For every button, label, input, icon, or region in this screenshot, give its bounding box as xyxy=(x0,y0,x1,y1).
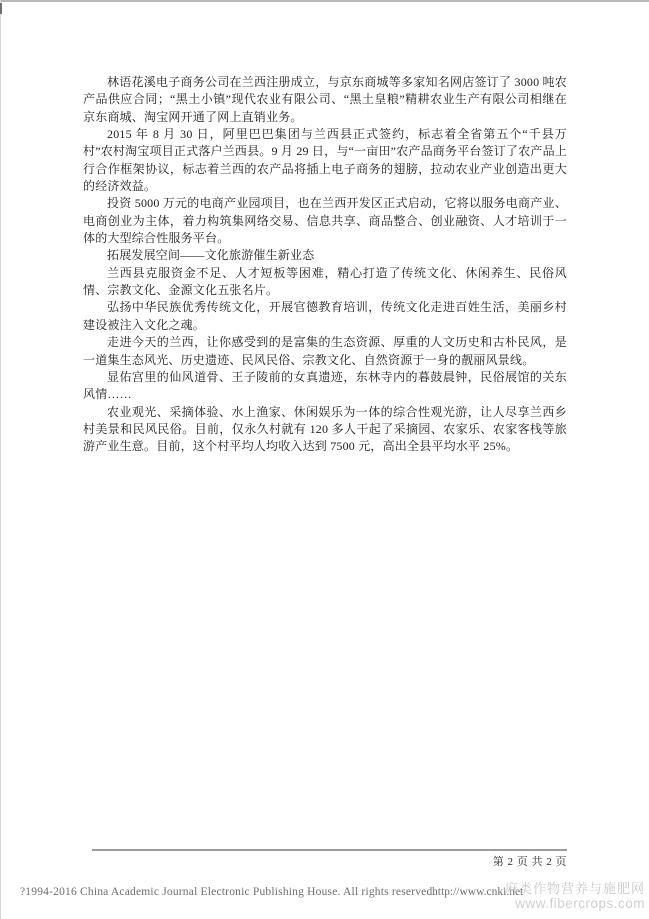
footer-divider xyxy=(92,849,567,851)
copyright-line: ?1994-2016 China Academic Journal Electr… xyxy=(20,886,436,898)
scan-left-edge xyxy=(0,0,1,919)
section-heading: 拓展发展空间——文化旅游催生新业态 xyxy=(83,247,567,264)
paragraph: 兰西县克服资金不足、人才短板等困难，精心打造了传统文化、休闲养生、民俗风情、宗教… xyxy=(83,265,567,300)
paragraph: 显佑宫里的仙风道骨、王子陵前的女真遗迹，东林寺内的暮鼓晨钟，民俗展馆的关东风情…… xyxy=(83,369,567,404)
paragraph: 2015 年 8 月 30 日，阿里巴巴集团与兰西县正式签约，标志着全省第五个“… xyxy=(83,126,567,195)
paragraph: 走进今天的兰西，让你感受到的是富集的生态资源、厚重的人文历史和古朴民风，是一道集… xyxy=(83,334,567,369)
watermark: 麻类作物营养与施肥网 www.fibercrops.com xyxy=(505,881,645,911)
scan-top-edge xyxy=(0,0,649,2)
paragraph: 弘扬中华民族优秀传统文化，开展官德教育培训，传统文化走进百姓生活，美丽乡村建设被… xyxy=(83,299,567,334)
paragraph: 林语花溪电子商务公司在兰西注册成立，与京东商城等多家知名网店签订了 3000 吨… xyxy=(83,74,567,126)
watermark-site-url: www.fibercrops.com xyxy=(505,896,645,911)
paragraph: 投资 5000 万元的电商产业园项目，也在兰西开发区正式启动，它将以服务电商产业… xyxy=(83,195,567,247)
page-number: 第 2 页 共 2 页 xyxy=(493,853,567,869)
watermark-site-name: 麻类作物营养与施肥网 xyxy=(505,881,645,896)
paragraph: 农业观光、采摘体验、水上渔家、休闲娱乐为一体的综合性观光游，让人尽享兰西乡村美景… xyxy=(83,404,567,456)
scan-corner-artifact xyxy=(0,3,2,14)
article-body: 林语花溪电子商务公司在兰西注册成立，与京东商城等多家知名网店签订了 3000 吨… xyxy=(83,74,567,456)
